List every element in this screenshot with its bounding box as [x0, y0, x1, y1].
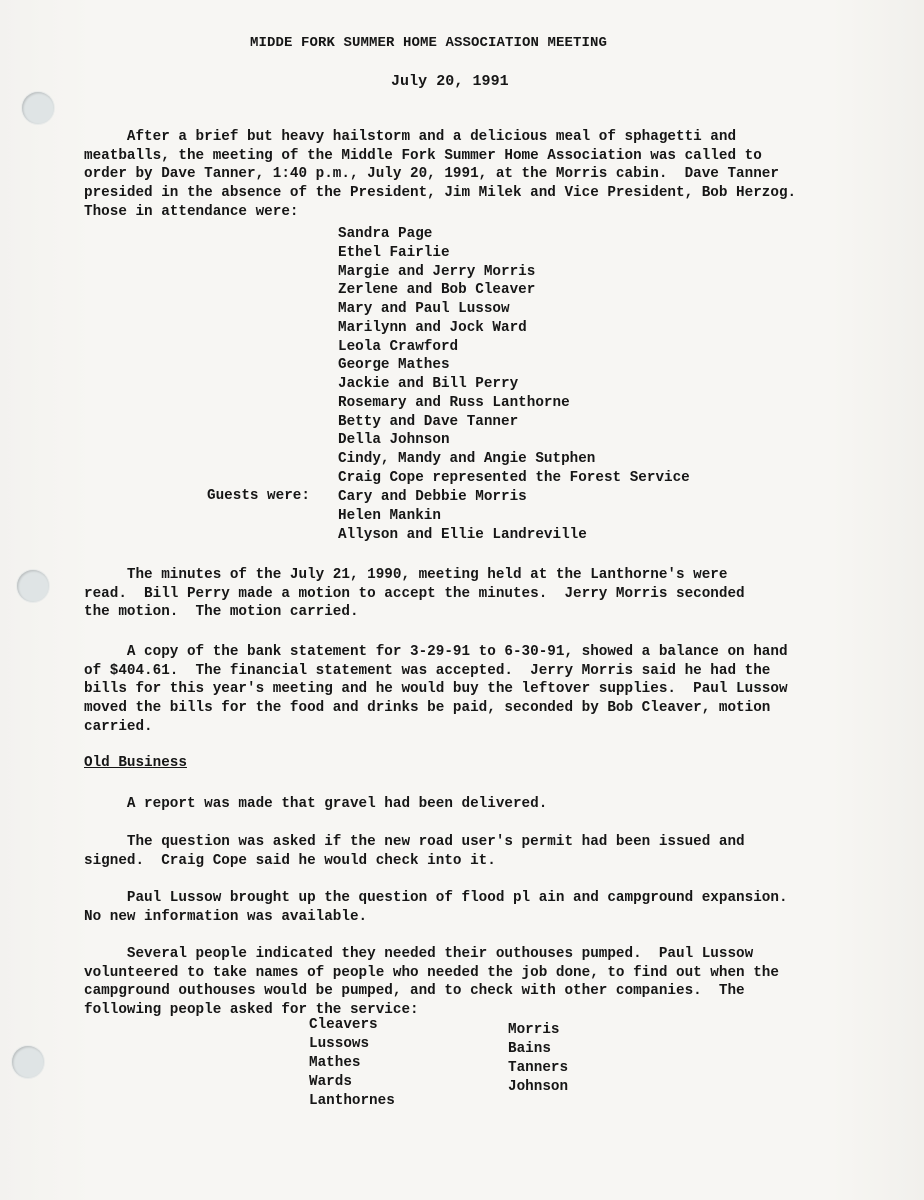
service-family: Lussows — [309, 1035, 395, 1054]
outhouse-paragraph: Several people indicated they needed the… — [84, 945, 884, 1020]
service-family: Bains — [508, 1040, 568, 1059]
punch-hole — [22, 92, 54, 124]
guests-label: Guests were: — [207, 488, 310, 504]
paragraph-line: A copy of the bank statement for 3-29-91… — [84, 643, 884, 662]
paragraph-line: Those in attendance were: — [84, 203, 884, 222]
paragraph-line: A report was made that gravel had been d… — [84, 795, 884, 814]
paragraph-line: volunteered to take names of people who … — [84, 964, 884, 983]
paragraph-line: signed. Craig Cope said he would check i… — [84, 852, 884, 871]
attendee: Zerlene and Bob Cleaver — [338, 281, 690, 300]
intro-paragraph: After a brief but heavy hailstorm and a … — [84, 128, 884, 222]
meeting-date: July 20, 1991 — [391, 73, 509, 92]
service-family: Lanthornes — [309, 1092, 395, 1111]
attendee: Marilynn and Jock Ward — [338, 319, 690, 338]
service-list-column-1: Cleavers Lussows Mathes Wards Lanthornes — [309, 1016, 395, 1111]
paragraph-line: campground outhouses would be pumped, an… — [84, 982, 884, 1001]
paragraph-line: The minutes of the July 21, 1990, meetin… — [84, 566, 884, 585]
paragraph-line: moved the bills for the food and drinks … — [84, 699, 884, 718]
guest: Helen Mankin — [338, 507, 587, 526]
attendee: Craig Cope represented the Forest Servic… — [338, 469, 690, 488]
paragraph-line: After a brief but heavy hailstorm and a … — [84, 128, 884, 147]
old-business-heading: Old Business — [84, 755, 187, 771]
attendee: Betty and Dave Tanner — [338, 413, 690, 432]
punch-hole — [12, 1046, 44, 1078]
attendee: Jackie and Bill Perry — [338, 375, 690, 394]
document-title: MIDDE FORK SUMMER HOME ASSOCIATION MEETI… — [250, 34, 607, 53]
document-page: MIDDE FORK SUMMER HOME ASSOCIATION MEETI… — [0, 0, 924, 1200]
paragraph-line: meatballs, the meeting of the Middle For… — [84, 147, 884, 166]
bank-statement-paragraph: A copy of the bank statement for 3-29-91… — [84, 643, 884, 737]
attendee: George Mathes — [338, 356, 690, 375]
paragraph-line: order by Dave Tanner, 1:40 p.m., July 20… — [84, 165, 884, 184]
guest-list: Cary and Debbie Morris Helen Mankin Ally… — [338, 488, 587, 544]
paragraph-line: The question was asked if the new road u… — [84, 833, 884, 852]
paragraph-line: Several people indicated they needed the… — [84, 945, 884, 964]
service-family: Cleavers — [309, 1016, 395, 1035]
attendee: Ethel Fairlie — [338, 244, 690, 263]
attendee: Rosemary and Russ Lanthorne — [338, 394, 690, 413]
punch-hole — [17, 570, 49, 602]
attendee: Leola Crawford — [338, 338, 690, 357]
guest: Allyson and Ellie Landreville — [338, 526, 587, 545]
paragraph-line: carried. — [84, 718, 884, 737]
guest: Cary and Debbie Morris — [338, 488, 587, 507]
attendee: Mary and Paul Lussow — [338, 300, 690, 319]
service-family: Tanners — [508, 1059, 568, 1078]
attendee: Sandra Page — [338, 225, 690, 244]
paragraph-line: No new information was available. — [84, 908, 884, 927]
attendee: Margie and Jerry Morris — [338, 263, 690, 282]
attendee: Cindy, Mandy and Angie Sutphen — [338, 450, 690, 469]
permit-paragraph: The question was asked if the new road u… — [84, 833, 884, 870]
service-family: Morris — [508, 1021, 568, 1040]
flood-plain-paragraph: Paul Lussow brought up the question of f… — [84, 889, 884, 926]
paragraph-line: read. Bill Perry made a motion to accept… — [84, 585, 884, 604]
paragraph-line: of $404.61. The financial statement was … — [84, 662, 884, 681]
service-family: Mathes — [309, 1054, 395, 1073]
paragraph-line: bills for this year's meeting and he wou… — [84, 680, 884, 699]
service-family: Johnson — [508, 1078, 568, 1097]
paragraph-line: presided in the absence of the President… — [84, 184, 884, 203]
attendee-list: Sandra Page Ethel Fairlie Margie and Jer… — [338, 225, 690, 488]
paragraph-line: Paul Lussow brought up the question of f… — [84, 889, 884, 908]
minutes-paragraph: The minutes of the July 21, 1990, meetin… — [84, 566, 884, 622]
paragraph-line: following people asked for the service: — [84, 1001, 884, 1020]
gravel-paragraph: A report was made that gravel had been d… — [84, 795, 884, 814]
service-family: Wards — [309, 1073, 395, 1092]
service-list-column-2: Morris Bains Tanners Johnson — [508, 1021, 568, 1097]
attendee: Della Johnson — [338, 431, 690, 450]
paragraph-line: the motion. The motion carried. — [84, 603, 884, 622]
